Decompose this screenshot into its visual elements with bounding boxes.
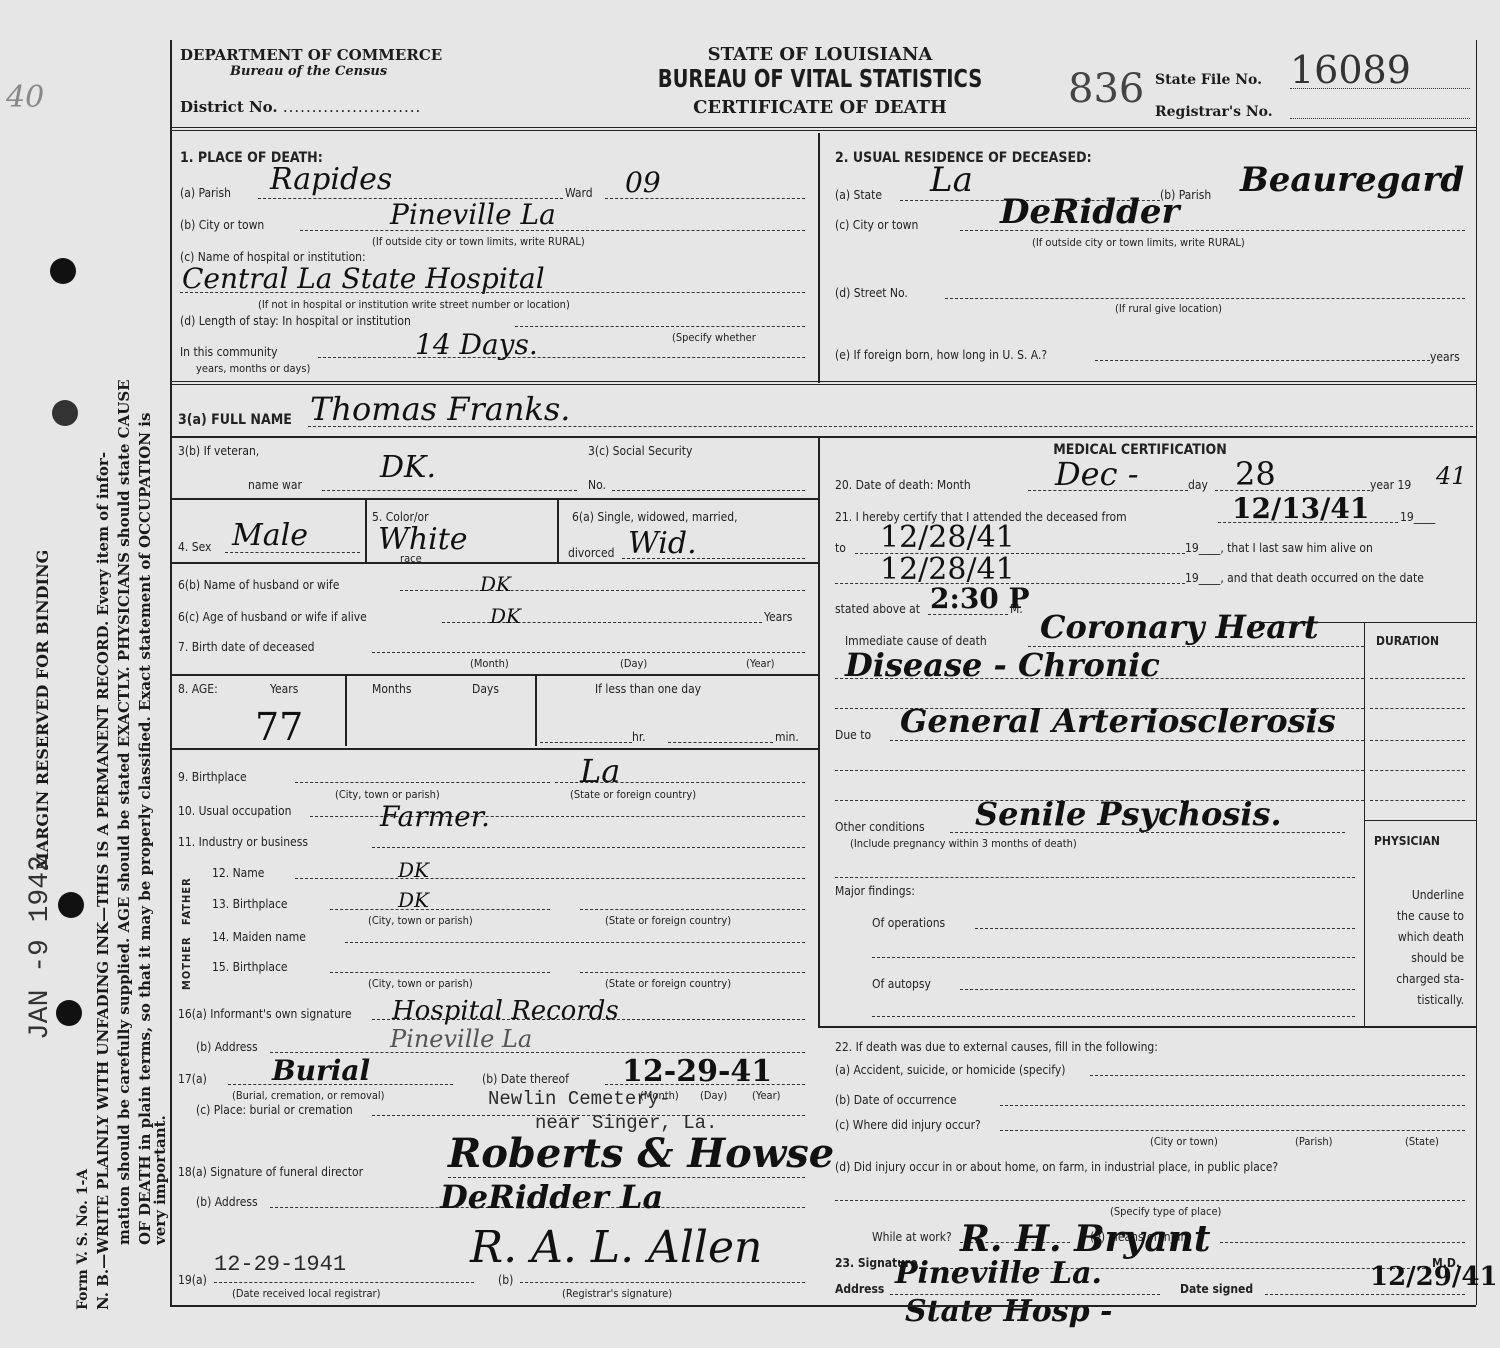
state-file-number: 16089 — [1290, 48, 1411, 92]
informant-signature[interactable]: Hospital Records — [392, 996, 619, 1026]
marital-status[interactable]: Wid. — [628, 526, 697, 561]
pencil-number: 40 — [6, 80, 44, 115]
registrar-label: Registrar's No. — [1155, 104, 1273, 120]
punch-hole — [50, 258, 76, 284]
birthplace-state[interactable]: La — [580, 752, 620, 790]
binding-note: MARGIN RESERVED FOR BINDING — [32, 550, 53, 870]
punch-hole — [58, 892, 84, 918]
frame-right — [1476, 40, 1477, 1305]
burial-place-line1[interactable]: Newlin Cemetery- — [488, 1088, 670, 1110]
attended-from[interactable]: 12/13/41 — [1232, 492, 1369, 525]
physician-signature[interactable]: R. H. Bryant — [960, 1218, 1211, 1260]
stamp-number: 836 — [1068, 66, 1144, 112]
frame-left — [170, 40, 172, 1305]
funeral-director-signature[interactable]: Roberts & Howse — [448, 1130, 834, 1177]
physician-address-1[interactable]: Pineville La. — [895, 1256, 1102, 1291]
death-certificate: 40 MARGIN RESERVED FOR BINDING Form V. S… — [0, 0, 1500, 1348]
other-conditions[interactable]: Senile Psychosis. — [975, 795, 1282, 833]
death-city[interactable]: Pineville La — [390, 198, 556, 231]
date-received[interactable]: 12-29-1941 — [214, 1252, 346, 1277]
state-file-label: State File No. — [1155, 72, 1262, 88]
death-day[interactable]: 28 — [1235, 455, 1276, 493]
received-date-stamp: JAN -9 1942 — [30, 855, 51, 1040]
hospital-name[interactable]: Central La State Hospital — [182, 262, 545, 295]
city-label: (b) City or town — [180, 218, 264, 232]
funeral-director-address[interactable]: DeRidder La — [440, 1178, 663, 1216]
informant-address[interactable]: Pineville La — [390, 1025, 532, 1053]
death-year[interactable]: 41 — [1436, 462, 1467, 490]
date-signed[interactable]: 12/29/41 — [1370, 1262, 1498, 1292]
veteran-war[interactable]: DK. — [380, 450, 436, 485]
punch-hole — [56, 1000, 82, 1026]
spouse-age[interactable]: DK — [490, 604, 521, 628]
spouse-name[interactable]: DK — [480, 572, 511, 596]
disposal-method[interactable]: Burial — [272, 1054, 370, 1087]
community-label: In this community — [180, 345, 277, 359]
attended-to[interactable]: 12/28/41 — [880, 520, 1015, 555]
due-to-cause[interactable]: General Arteriosclerosis — [900, 702, 1336, 740]
bureau-census: Bureau of the Census — [230, 64, 387, 79]
immediate-cause-2[interactable]: Disease - Chronic — [845, 646, 1160, 684]
residence-city[interactable]: DeRidder — [1000, 192, 1179, 232]
district-label: District No. ........................ — [180, 98, 421, 116]
residence-parish[interactable]: Beauregard — [1240, 160, 1464, 200]
father-birthplace[interactable]: DK — [398, 888, 429, 912]
registrar-signature[interactable]: R. A. L. Allen — [470, 1222, 762, 1273]
dept-title: DEPARTMENT OF COMMERCE — [180, 46, 442, 64]
father-name[interactable]: DK — [398, 858, 429, 882]
margin-instruction-5: very important. — [150, 1115, 171, 1245]
margin-instruction-3: mation should be carefully supplied. AGE… — [114, 379, 135, 1245]
parish-label: (a) Parish — [180, 186, 231, 200]
full-name-label: 3(a) FULL NAME — [178, 412, 292, 428]
age-years[interactable]: 77 — [255, 705, 303, 749]
margin-instruction-2: N. B.—WRITE PLAINLY WITH UNFADING INK—TH… — [93, 452, 114, 1310]
underline-note: Underline the cause to which death shoul… — [1372, 885, 1464, 1011]
punch-hole — [52, 400, 78, 426]
bureau-vital-title: BUREAU OF VITAL STATISTICS — [648, 64, 991, 93]
immediate-cause-1[interactable]: Coronary Heart — [1040, 608, 1319, 646]
medical-heading: MEDICAL CERTIFICATION — [820, 442, 1460, 458]
community-stay[interactable]: 14 Days. — [415, 328, 538, 361]
burial-date[interactable]: 12-29-41 — [622, 1054, 772, 1089]
death-ward[interactable]: 09 — [625, 166, 661, 199]
race-value[interactable]: White — [378, 522, 468, 557]
stay-label: (d) Length of stay: In hospital or insti… — [180, 314, 411, 328]
residence-state[interactable]: La — [930, 160, 973, 200]
sex-value[interactable]: Male — [232, 518, 308, 553]
death-month[interactable]: Dec - — [1055, 455, 1139, 493]
certificate-title: CERTIFICATE OF DEATH — [600, 97, 1040, 118]
state-title: STATE OF LOUISIANA — [600, 44, 1040, 65]
occupation[interactable]: Farmer. — [380, 800, 490, 833]
death-parish[interactable]: Rapides — [270, 162, 392, 197]
margin-instruction-1: Form V. S. No. 1-A — [72, 1151, 94, 1310]
ward-label: Ward — [565, 186, 593, 200]
full-name[interactable]: Thomas Franks. — [310, 390, 570, 428]
physician-address-2[interactable]: State Hosp - — [905, 1294, 1112, 1329]
